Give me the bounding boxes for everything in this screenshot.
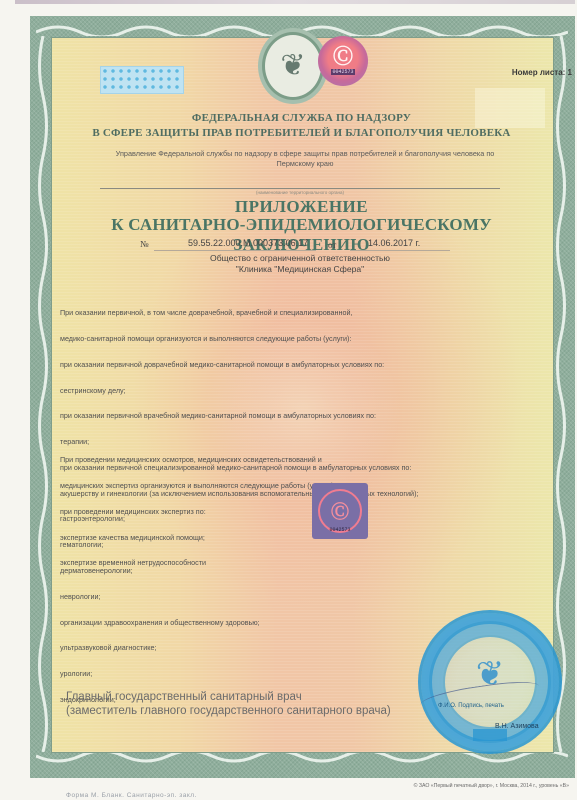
department-name: Управление Федеральной службы по надзору…: [100, 149, 510, 169]
number-underline: [154, 250, 316, 251]
hologram-sticker-serial: 0042573: [329, 527, 350, 533]
signer-title-line1: Главный государственный санитарный врач: [66, 690, 391, 704]
department-underline: [100, 188, 500, 189]
conclusion-number: 59.55.22.000.М.000373.06.17: [188, 238, 308, 248]
security-hologram-strip: [100, 66, 184, 94]
stamp-tab: [473, 729, 507, 741]
date-underline: [350, 250, 450, 251]
services-line: медико-санитарной помощи организуются и …: [60, 335, 530, 344]
services-line: неврологии;: [60, 593, 530, 602]
services-line: при оказании первичной врачебной медико-…: [60, 412, 530, 421]
coat-of-arms-icon: ❦: [262, 32, 324, 100]
conclusion-number-line: № 59.55.22.000.М.000373.06.17 от 14.06.2…: [140, 238, 460, 252]
number-sign: №: [140, 239, 149, 249]
services-line: при проведении медицинских экспертиз по:: [60, 508, 530, 517]
official-stamp-icon: ❦: [418, 610, 562, 754]
organization-title: "Клиника "Медицинская Сфера": [150, 264, 450, 275]
frame-wave-right: [554, 36, 568, 752]
services-line: При оказании первичной, в том числе довр…: [60, 309, 530, 318]
conclusion-date: 14.06.2017 г.: [368, 238, 420, 248]
signer-title-line2: (заместитель главного государственного с…: [66, 704, 391, 718]
form-footer-left: Форма М. Бланк. Санитарно-эп. закл.: [66, 792, 197, 799]
services-line: При проведении медицинских осмотров, мед…: [60, 456, 530, 465]
printer-footer: © ЗАО «Первый печатный двор», г. Москва,…: [414, 783, 569, 789]
hologram-sticker-icon: Ⓒ 0042573: [312, 483, 368, 539]
frame-wave-left: [36, 36, 50, 752]
services-line: экспертизе временной нетрудоспособности: [60, 559, 530, 568]
from-label: от: [328, 240, 336, 250]
scan-top-edge: [15, 0, 575, 4]
hologram-seal-icon: Ⓒ 0042573: [318, 36, 368, 86]
organization-name: Общество с ограниченной ответственностью…: [150, 253, 450, 275]
sheet-number: Номер листа: 1: [512, 68, 572, 77]
signer-title: Главный государственный санитарный врач …: [66, 690, 391, 718]
hologram-serial: 0042573: [331, 69, 354, 75]
document-title-line1: ПРИЛОЖЕНИЕ: [51, 197, 552, 217]
services-line: при оказании первичной доврачебной медик…: [60, 361, 530, 370]
services-line: сестринскому делу;: [60, 387, 530, 396]
department-caption: (наименование территориального органа): [100, 190, 500, 195]
signatory-name: В.Н. Азимова: [495, 723, 539, 730]
frame-wave-bottom: [36, 752, 568, 766]
services-line: медицинских экспертиз организуются и вып…: [60, 482, 530, 491]
organization-type: Общество с ограниченной ответственностью: [150, 253, 450, 264]
services-block-2: При проведении медицинских осмотров, мед…: [60, 439, 530, 577]
services-line: экспертизе качества медицинской помощи;: [60, 534, 530, 543]
agency-title-line1: ФЕДЕРАЛЬНАЯ СЛУЖБА ПО НАДЗОРУ: [51, 112, 552, 124]
hologram-mark: Ⓒ: [333, 47, 353, 67]
signature-caption: Ф.И.О. Подпись, печать: [438, 703, 504, 709]
agency-title-line2: В СФЕРЕ ЗАЩИТЫ ПРАВ ПОТРЕБИТЕЛЕЙ И БЛАГО…: [51, 127, 552, 139]
